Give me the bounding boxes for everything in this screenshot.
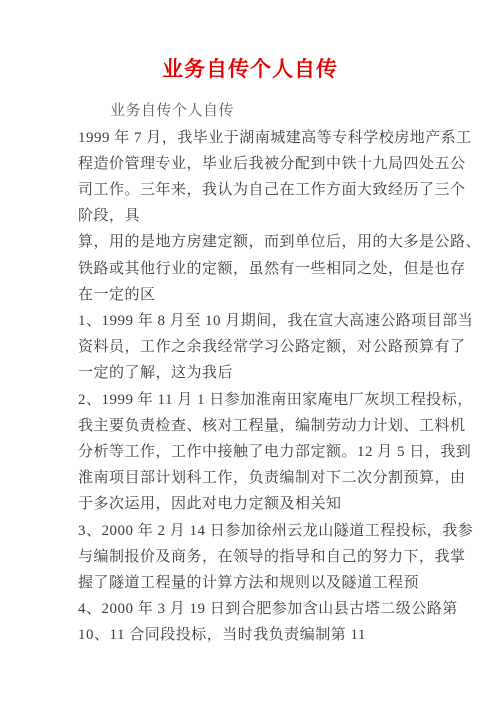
text-line: 铁路或其他行业的定额，虽然有一些相同之处，但是也存 [78,256,440,282]
text-line: 1、1999 年 8 月至 10 月期间，我在宣大高速公路项目部当 [78,308,440,334]
text-line: 算，用的是地方房建定额，而到单位后，用的大多是公路、 [78,229,440,255]
text-line: 淮南项目部计划科工作，负责编制对下二次分割预算，由 [78,465,440,491]
text-line: 2、1999 年 11 月 1 日参加淮南田家庵电厂灰坝工程投标， [78,387,440,413]
text-line: 程造价管理专业，毕业后我被分配到中铁十九局四处五公 [78,151,440,177]
text-line: 我主要负责检查、核对工程量，编制劳动力计划、工料机 [78,413,440,439]
page-title: 业务自传个人自传 [0,0,500,84]
text-line: 资料员，工作之余我经常学习公路定额，对公路预算有了 [78,334,440,360]
text-line: 阶段，具 [78,203,440,229]
text-line: 一定的了解，这为我后 [78,360,440,386]
text-line: 4、2000 年 3 月 19 日到合肥参加含山县古塔二级公路第 [78,596,440,622]
text-line: 1999 年 7 月，我毕业于湖南城建高等专科学校房地产系工 [78,125,440,151]
document-page: 业务自传个人自传 业务自传个人自传1999 年 7 月，我毕业于湖南城建高等专科… [0,0,500,708]
text-line: 握了隧道工程量的计算方法和规则以及隧道工程预 [78,570,440,596]
text-line: 与编制报价及商务，在领导的指导和自己的努力下，我掌 [78,544,440,570]
text-line: 司工作。三年来，我认为自己在工作方面大致经历了三个 [78,177,440,203]
text-line: 在一定的区 [78,282,440,308]
text-line: 于多次运用，因此对电力定额及相关知 [78,491,440,517]
text-line: 10、11 合同段投标，当时我负责编制第 11 [78,622,440,648]
text-line: 业务自传个人自传 [78,98,440,124]
text-line: 分析等工作，工作中接触了电力部定额。12 月 5 日，我到 [78,439,440,465]
body-text: 业务自传个人自传1999 年 7 月，我毕业于湖南城建高等专科学校房地产系工程造… [0,98,500,648]
text-line: 3、2000 年 2 月 14 日参加徐州云龙山隧道工程投标，我参 [78,518,440,544]
